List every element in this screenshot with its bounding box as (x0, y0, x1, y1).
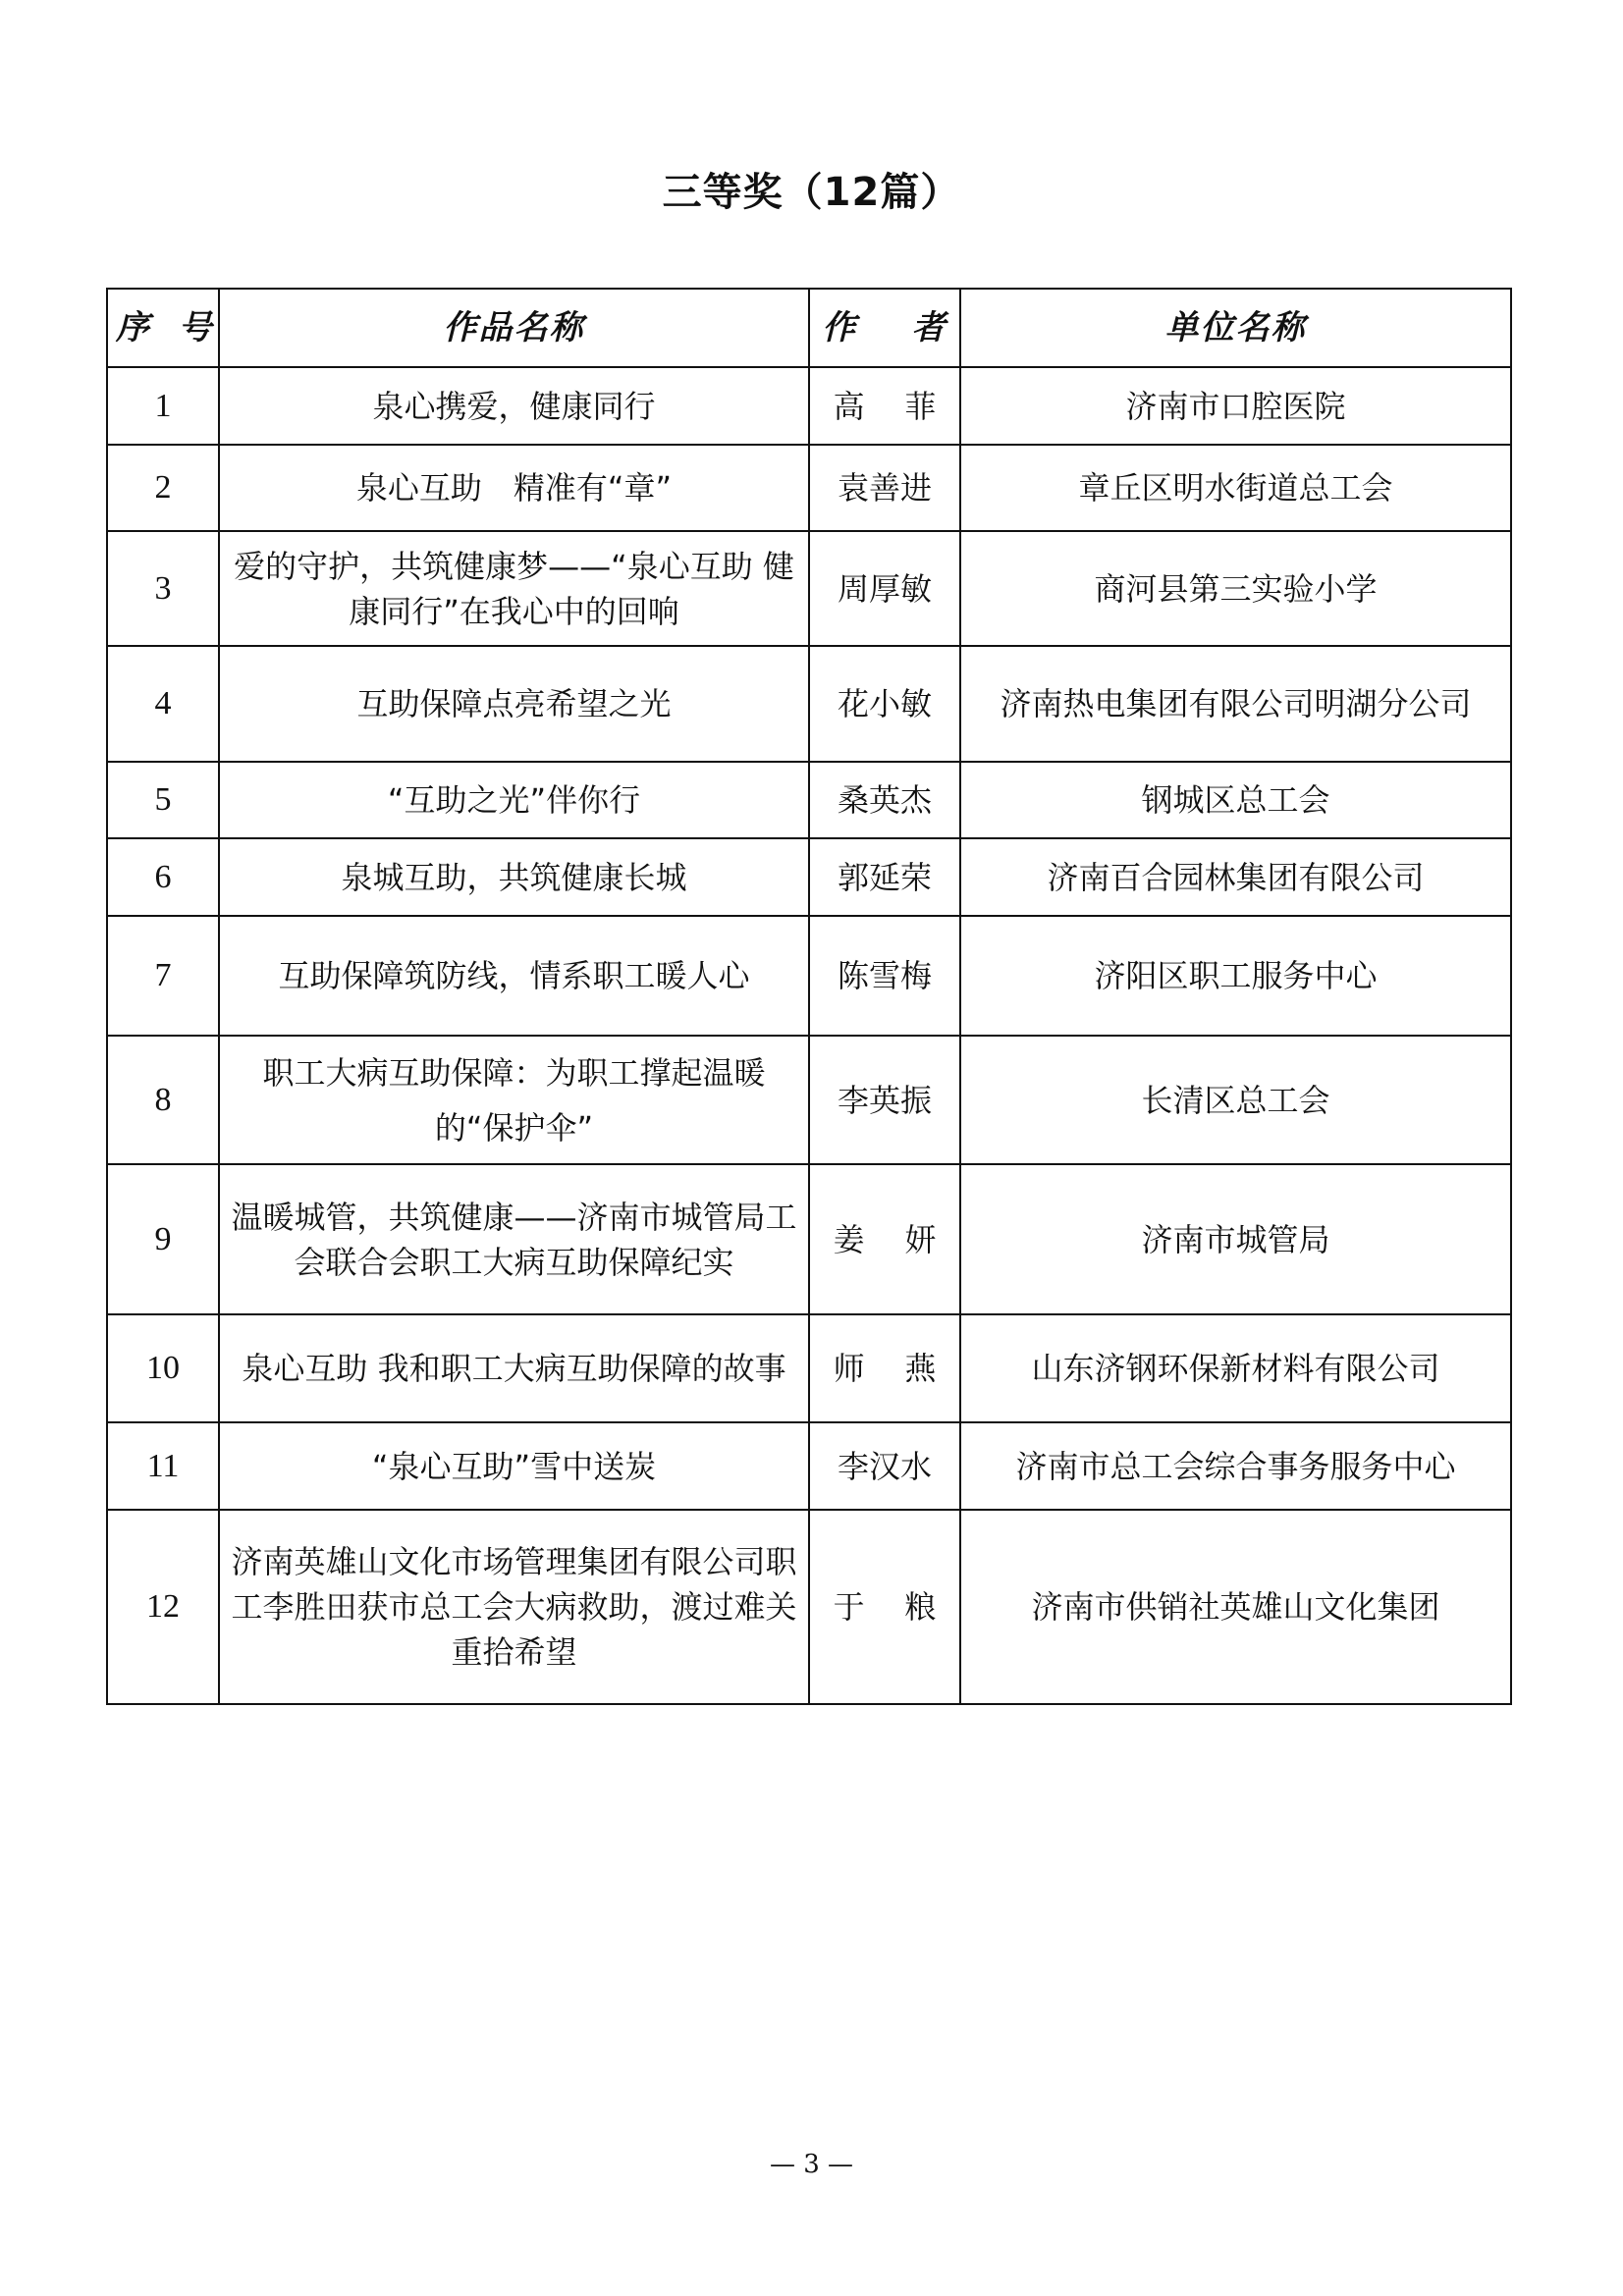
cell-author: 师 燕 (809, 1314, 960, 1422)
cell-title: “互助之光”伴你行 (219, 762, 809, 838)
cell-unit: 钢城区总工会 (960, 762, 1511, 838)
page-number: — 3 — (0, 2148, 1623, 2181)
cell-unit: 山东济钢环保新材料有限公司 (960, 1314, 1511, 1422)
cell-no: 4 (107, 646, 219, 762)
table-row: 1 泉心携爱，健康同行 高 菲 济南市口腔医院 (107, 367, 1511, 445)
cell-unit: 章丘区明水街道总工会 (960, 445, 1511, 531)
cell-unit: 济南市供销社英雄山文化集团 (960, 1510, 1511, 1704)
table-row: 2 泉心互助 精准有“章” 袁善进 章丘区明水街道总工会 (107, 445, 1511, 531)
cell-author: 姜 妍 (809, 1164, 960, 1314)
cell-unit: 商河县第三实验小学 (960, 531, 1511, 646)
cell-no: 2 (107, 445, 219, 531)
cell-unit: 济南热电集团有限公司明湖分公司 (960, 646, 1511, 762)
cell-title: 互助保障筑防线，情系职工暖人心 (219, 916, 809, 1036)
column-header-author: 作 者 (809, 289, 960, 367)
cell-author: 李汉水 (809, 1422, 960, 1510)
column-header-no: 序 号 (107, 289, 219, 367)
table-body: 1 泉心携爱，健康同行 高 菲 济南市口腔医院 2 泉心互助 精准有“章” 袁善… (107, 367, 1511, 1704)
cell-title: 互助保障点亮希望之光 (219, 646, 809, 762)
cell-no: 9 (107, 1164, 219, 1314)
page-title: 三等奖（12篇） (0, 165, 1623, 220)
cell-author: 花小敏 (809, 646, 960, 762)
cell-unit: 济南百合园林集团有限公司 (960, 838, 1511, 916)
cell-title: 泉城互助，共筑健康长城 (219, 838, 809, 916)
cell-unit: 济南市口腔医院 (960, 367, 1511, 445)
award-table: 序 号 作品名称 作 者 单位名称 1 泉心携爱，健康同行 高 菲 济南市口腔医… (106, 288, 1512, 1705)
cell-no: 5 (107, 762, 219, 838)
cell-author: 于 粮 (809, 1510, 960, 1704)
cell-title: 泉心互助 我和职工大病互助保障的故事 (219, 1314, 809, 1422)
cell-no: 3 (107, 531, 219, 646)
table-row: 10 泉心互助 我和职工大病互助保障的故事 师 燕 山东济钢环保新材料有限公司 (107, 1314, 1511, 1422)
cell-no: 7 (107, 916, 219, 1036)
cell-title: 泉心携爱，健康同行 (219, 367, 809, 445)
table-row: 4 互助保障点亮希望之光 花小敏 济南热电集团有限公司明湖分公司 (107, 646, 1511, 762)
cell-author: 桑英杰 (809, 762, 960, 838)
cell-title: 泉心互助 精准有“章” (219, 445, 809, 531)
cell-title: 温暖城管，共筑健康——济南市城管局工会联合会职工大病互助保障纪实 (219, 1164, 809, 1314)
cell-no: 6 (107, 838, 219, 916)
cell-no: 11 (107, 1422, 219, 1510)
cell-no: 12 (107, 1510, 219, 1704)
cell-author: 陈雪梅 (809, 916, 960, 1036)
table-row: 11 “泉心互助”雪中送炭 李汉水 济南市总工会综合事务服务中心 (107, 1422, 1511, 1510)
cell-title: 爱的守护，共筑健康梦——“泉心互助 健康同行”在我心中的回响 (219, 531, 809, 646)
column-header-unit: 单位名称 (960, 289, 1511, 367)
table-row: 8 职工大病互助保障：为职工撑起温暖的“保护伞” 李英振 长清区总工会 (107, 1036, 1511, 1164)
cell-unit: 济南市总工会综合事务服务中心 (960, 1422, 1511, 1510)
table-header-row: 序 号 作品名称 作 者 单位名称 (107, 289, 1511, 367)
cell-unit: 济阳区职工服务中心 (960, 916, 1511, 1036)
table-row: 7 互助保障筑防线，情系职工暖人心 陈雪梅 济阳区职工服务中心 (107, 916, 1511, 1036)
cell-author: 袁善进 (809, 445, 960, 531)
table-row: 9 温暖城管，共筑健康——济南市城管局工会联合会职工大病互助保障纪实 姜 妍 济… (107, 1164, 1511, 1314)
table-row: 12 济南英雄山文化市场管理集团有限公司职工李胜田获市总工会大病救助，渡过难关重… (107, 1510, 1511, 1704)
cell-title: 济南英雄山文化市场管理集团有限公司职工李胜田获市总工会大病救助，渡过难关重拾希望 (219, 1510, 809, 1704)
cell-no: 1 (107, 367, 219, 445)
cell-author: 郭延荣 (809, 838, 960, 916)
table-row: 3 爱的守护，共筑健康梦——“泉心互助 健康同行”在我心中的回响 周厚敏 商河县… (107, 531, 1511, 646)
cell-author: 高 菲 (809, 367, 960, 445)
table-row: 5 “互助之光”伴你行 桑英杰 钢城区总工会 (107, 762, 1511, 838)
cell-author: 周厚敏 (809, 531, 960, 646)
cell-author: 李英振 (809, 1036, 960, 1164)
cell-unit: 济南市城管局 (960, 1164, 1511, 1314)
cell-title: “泉心互助”雪中送炭 (219, 1422, 809, 1510)
column-header-title: 作品名称 (219, 289, 809, 367)
cell-no: 10 (107, 1314, 219, 1422)
cell-no: 8 (107, 1036, 219, 1164)
table-row: 6 泉城互助，共筑健康长城 郭延荣 济南百合园林集团有限公司 (107, 838, 1511, 916)
cell-title: 职工大病互助保障：为职工撑起温暖的“保护伞” (219, 1036, 809, 1164)
cell-unit: 长清区总工会 (960, 1036, 1511, 1164)
